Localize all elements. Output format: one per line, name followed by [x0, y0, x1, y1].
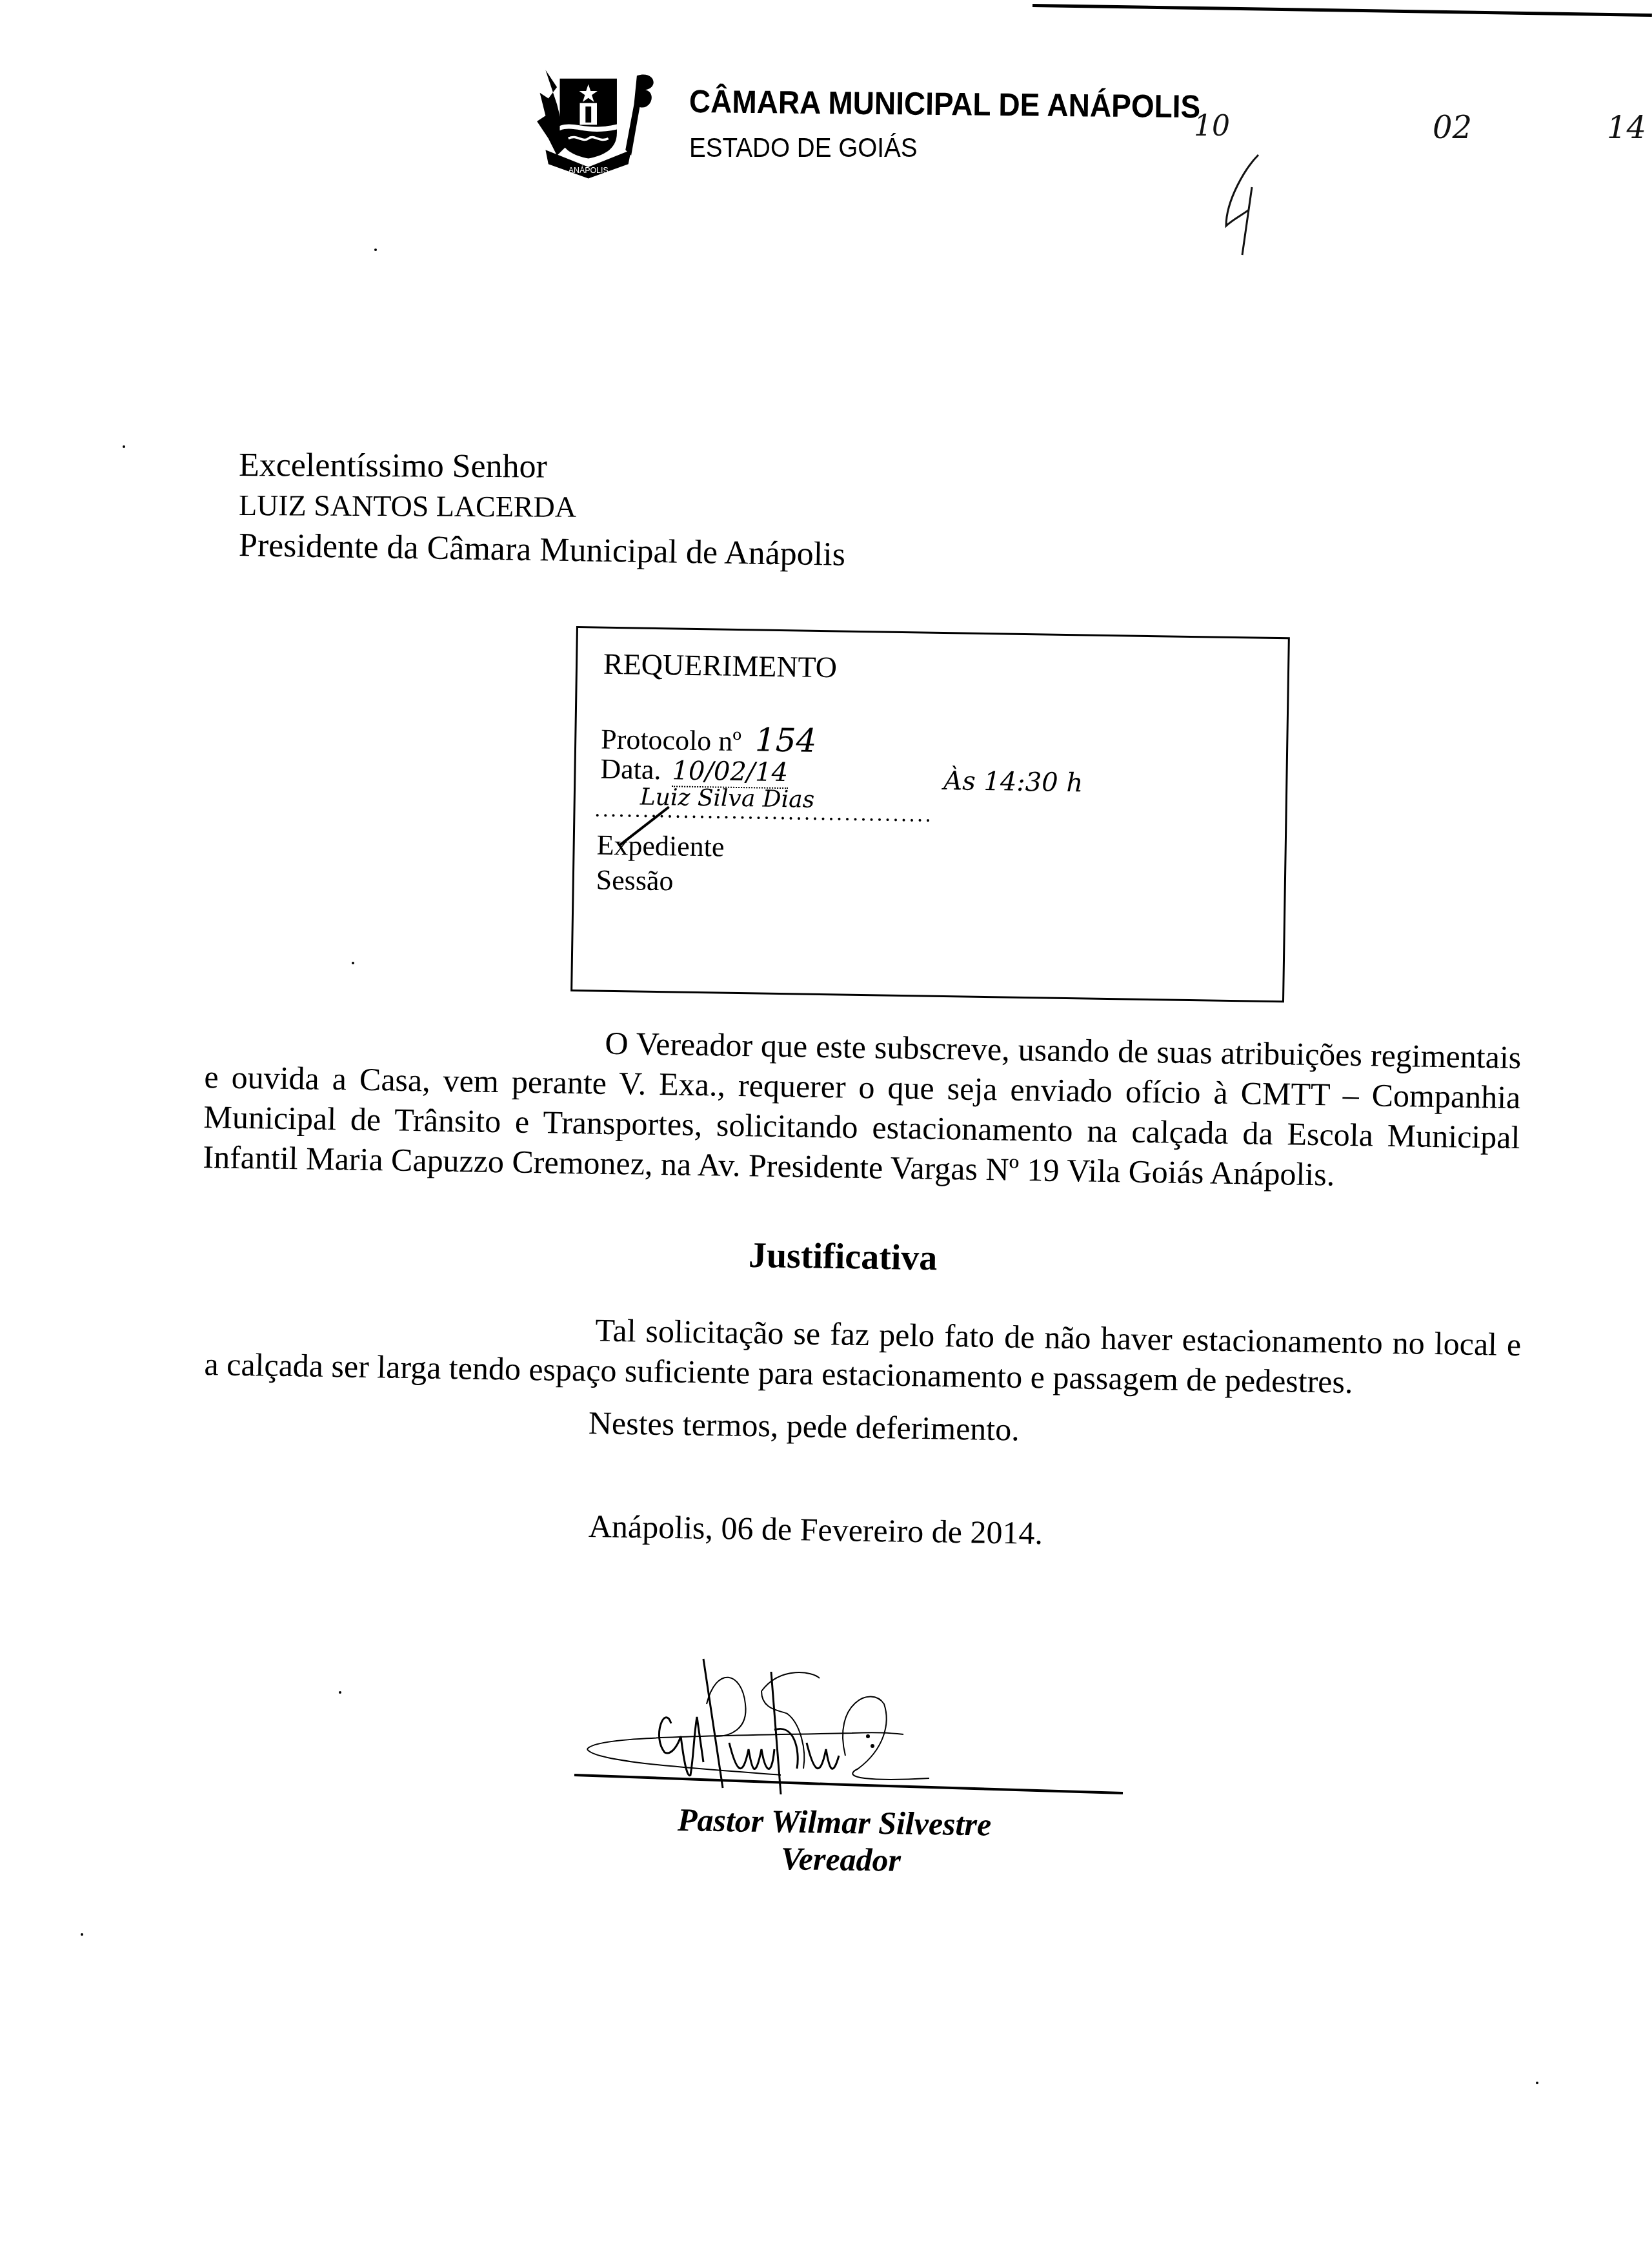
addressee-position: Presidente da Câmara Municipal de Anápol… [239, 525, 846, 575]
requerimento-stamp-box: REQUERIMENTO Protocolo nº 154 Data. 10/0… [570, 626, 1290, 1002]
addressee-name: LUIZ SANTOS LACERDA [239, 485, 845, 529]
scan-speck [374, 249, 377, 251]
requerimento-title: REQUERIMENTO [603, 647, 838, 685]
date-label: Data. [600, 753, 661, 786]
institution-subtitle: ESTADO DE GOIÁS [689, 132, 918, 163]
date-value: 10/02/14 [672, 756, 788, 789]
signer-role: Vereador [781, 1840, 902, 1879]
request-paragraph: O Vereador que este subscreve, usando de… [203, 1017, 1522, 1197]
closing-line: Nestes termos, pede deferimento. [589, 1404, 1020, 1448]
date-field: Data. 10/02/14 [600, 753, 788, 789]
place-date-line: Anápolis, 06 de Fevereiro de 2014. [589, 1507, 1043, 1552]
sessao-label: Sessão [596, 864, 674, 898]
scan-edge-line [1032, 4, 1652, 17]
addressee-block: Excelentíssimo Senhor LUIZ SANTOS LACERD… [239, 445, 845, 565]
justification-heading: Justificativa [749, 1235, 938, 1279]
anapolis-coat-of-arms-icon: ANÁPOLIS [523, 57, 671, 186]
handwritten-time-note: Às 14:30 h [943, 766, 1083, 798]
scan-speck [339, 1691, 341, 1694]
institution-title: CÂMARA MUNICIPAL DE ANÁPOLIS [689, 83, 1201, 125]
handwritten-mark-month: 02 [1433, 110, 1472, 146]
handwritten-mark-year: 14 [1607, 110, 1646, 146]
scan-speck [352, 962, 354, 964]
svg-text:ANÁPOLIS: ANÁPOLIS [569, 165, 609, 175]
scan-speck [81, 1933, 83, 1936]
protocol-value: 154 [755, 721, 817, 759]
justification-paragraph: Tal solicitação se faz pelo fato de não … [204, 1304, 1522, 1405]
addressee-salutation: Excelentíssimo Senhor [239, 445, 845, 489]
expediente-label: Expediente [596, 829, 725, 864]
scan-speck [123, 445, 125, 448]
handwritten-mark-day: 10 [1194, 110, 1230, 143]
signer-name: Pastor Wilmar Silvestre [678, 1801, 992, 1843]
scan-speck [1536, 2082, 1538, 2084]
handwritten-flourish [1213, 148, 1291, 258]
